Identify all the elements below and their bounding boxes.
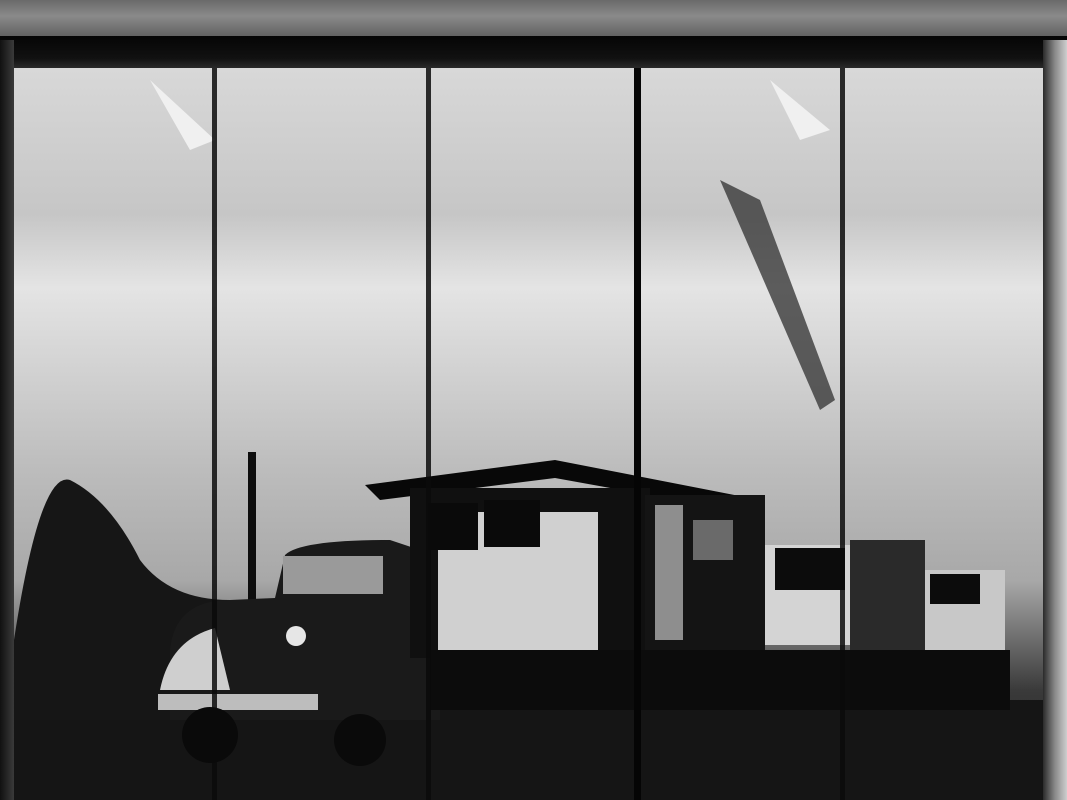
truck-wheel-rear [334,714,386,766]
scene [0,0,1067,800]
house-window [428,503,478,550]
house-4-window [930,574,980,604]
trailer-bed [430,650,1010,710]
truck-headlight [286,626,306,646]
house-3-window [775,548,845,590]
seam [634,68,641,800]
peel-flap [150,80,215,150]
seam [426,68,431,800]
seam [212,68,217,800]
peel-shadow [720,180,835,410]
truck-wheel [182,707,238,763]
house-2-pillar [655,505,683,640]
seam [840,68,845,800]
truck-bumper [158,694,318,710]
house-2-window [693,520,733,560]
photograph [0,0,1067,800]
house-window [484,500,540,547]
truck-windshield [283,556,383,594]
peel-flap [770,80,830,140]
crate-stack [850,540,925,650]
